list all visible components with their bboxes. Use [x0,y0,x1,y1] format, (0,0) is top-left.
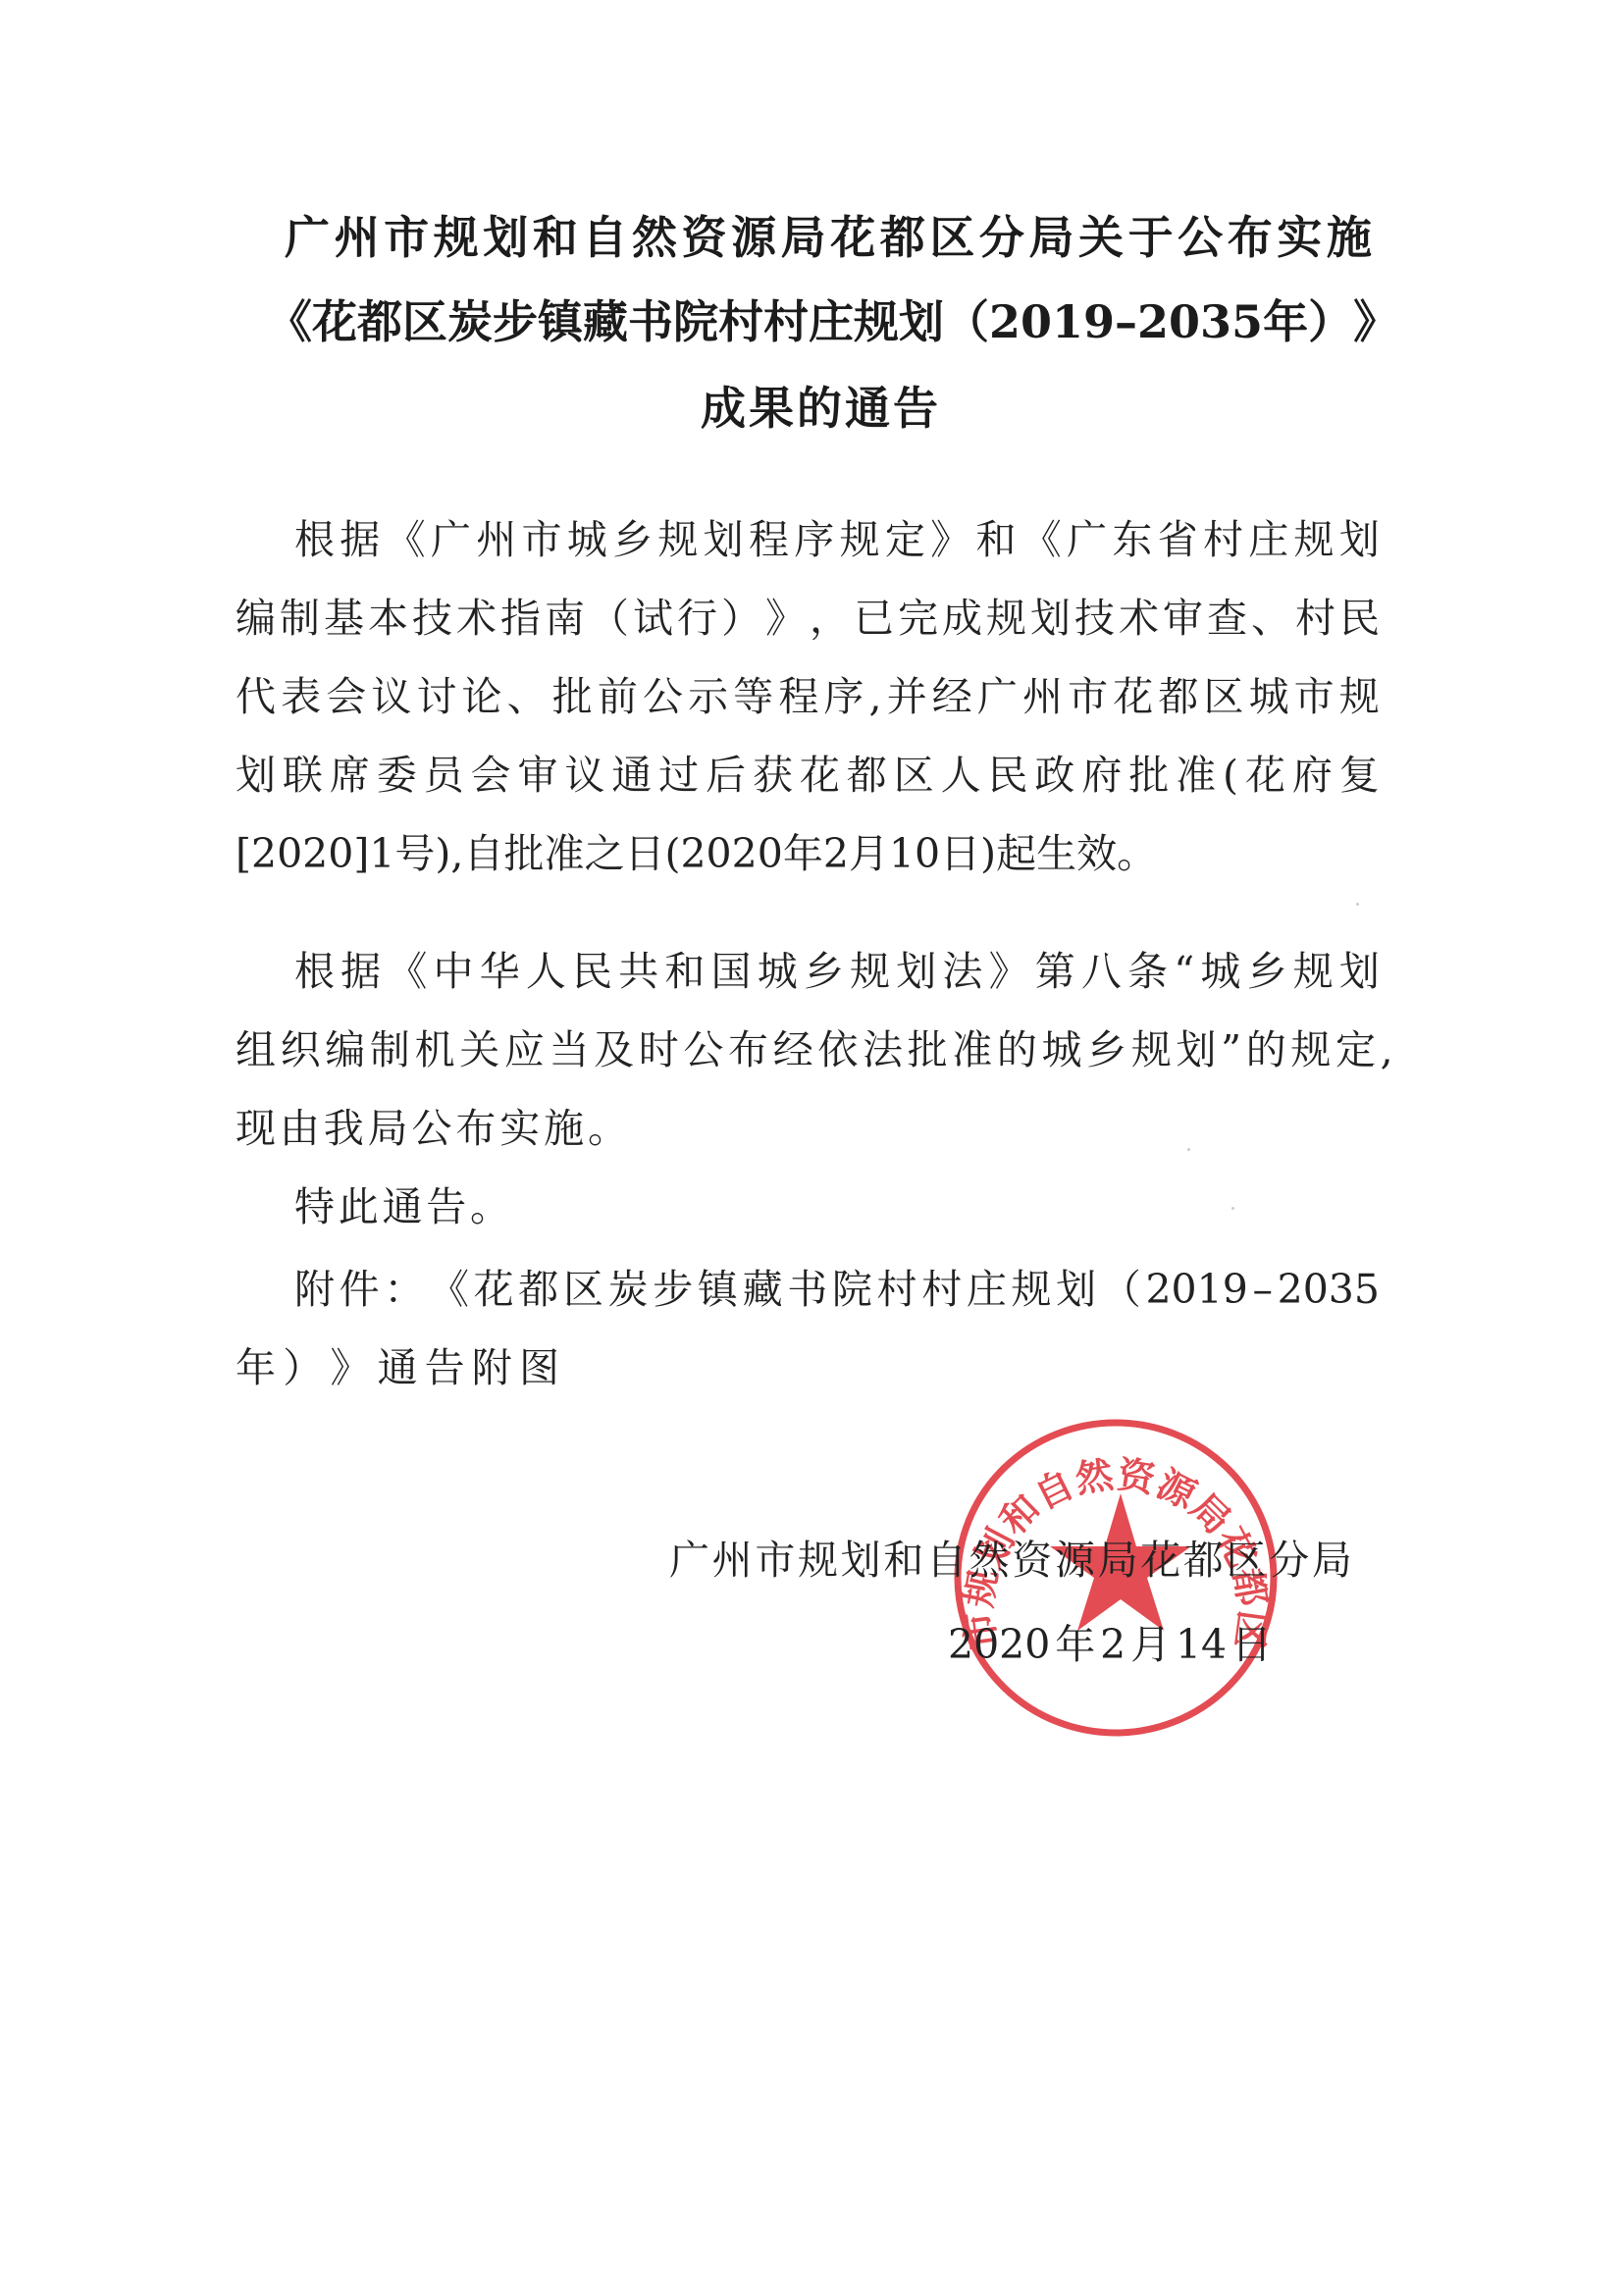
paragraph-2-line-2: 组织编制机关应当及时公布经依法批准的城乡规划”的规定, [236,1026,1393,1073]
title-line-1: 广州市规划和自然资源局花都区分局关于公布实施 [285,212,1372,263]
paragraph-1-line-1: 根据《广州市城乡规划程序规定》和《广东省村庄规划 [294,516,1380,563]
paragraph-1-line-3: 代表会议讨论、批前公示等程序,并经广州市花都区城市规 [236,673,1380,720]
title-line-2: 《花都区炭步镇藏书院村村庄规划（2019–2035年）》 [267,296,1397,347]
paragraph-1-line-5: [2020]1号),自批准之日(2020年2月10日)起生效。 [236,830,922,877]
scan-artifact [1187,1148,1190,1151]
paragraph-2-line-3: 现由我局公布实施。 [236,1105,628,1152]
scan-artifact [1231,1207,1234,1210]
scan-artifact [1356,903,1359,906]
document-page: 广州市规划和自然资源局花都区分局关于公布实施 《花都区炭步镇藏书院村村庄规划（2… [0,0,1623,2296]
attachment-line-2: 年）》通告附图 [236,1344,559,1391]
paragraph-1-line-2: 编制基本技术指南（试行）》，已完成规划技术审查、村民 [236,595,1380,642]
closing-phrase: 特此通告。 [294,1183,510,1230]
paragraph-2-line-1: 根据《中华人民共和国城乡规划法》第八条“城乡规划 [294,948,1380,995]
signature-date: 2020年2月14日 [948,1621,1272,1668]
title-line-3: 成果的通告 [701,383,938,434]
attachment-line-1: 附件：《花都区炭步镇藏书院村村庄规划（2019–2035 [294,1266,1380,1313]
paragraph-1-line-4: 划联席委员会审议通过后获花都区人民政府批准(花府复 [236,752,1380,799]
signature-organization: 广州市规划和自然资源局花都区分局 [669,1537,1352,1584]
